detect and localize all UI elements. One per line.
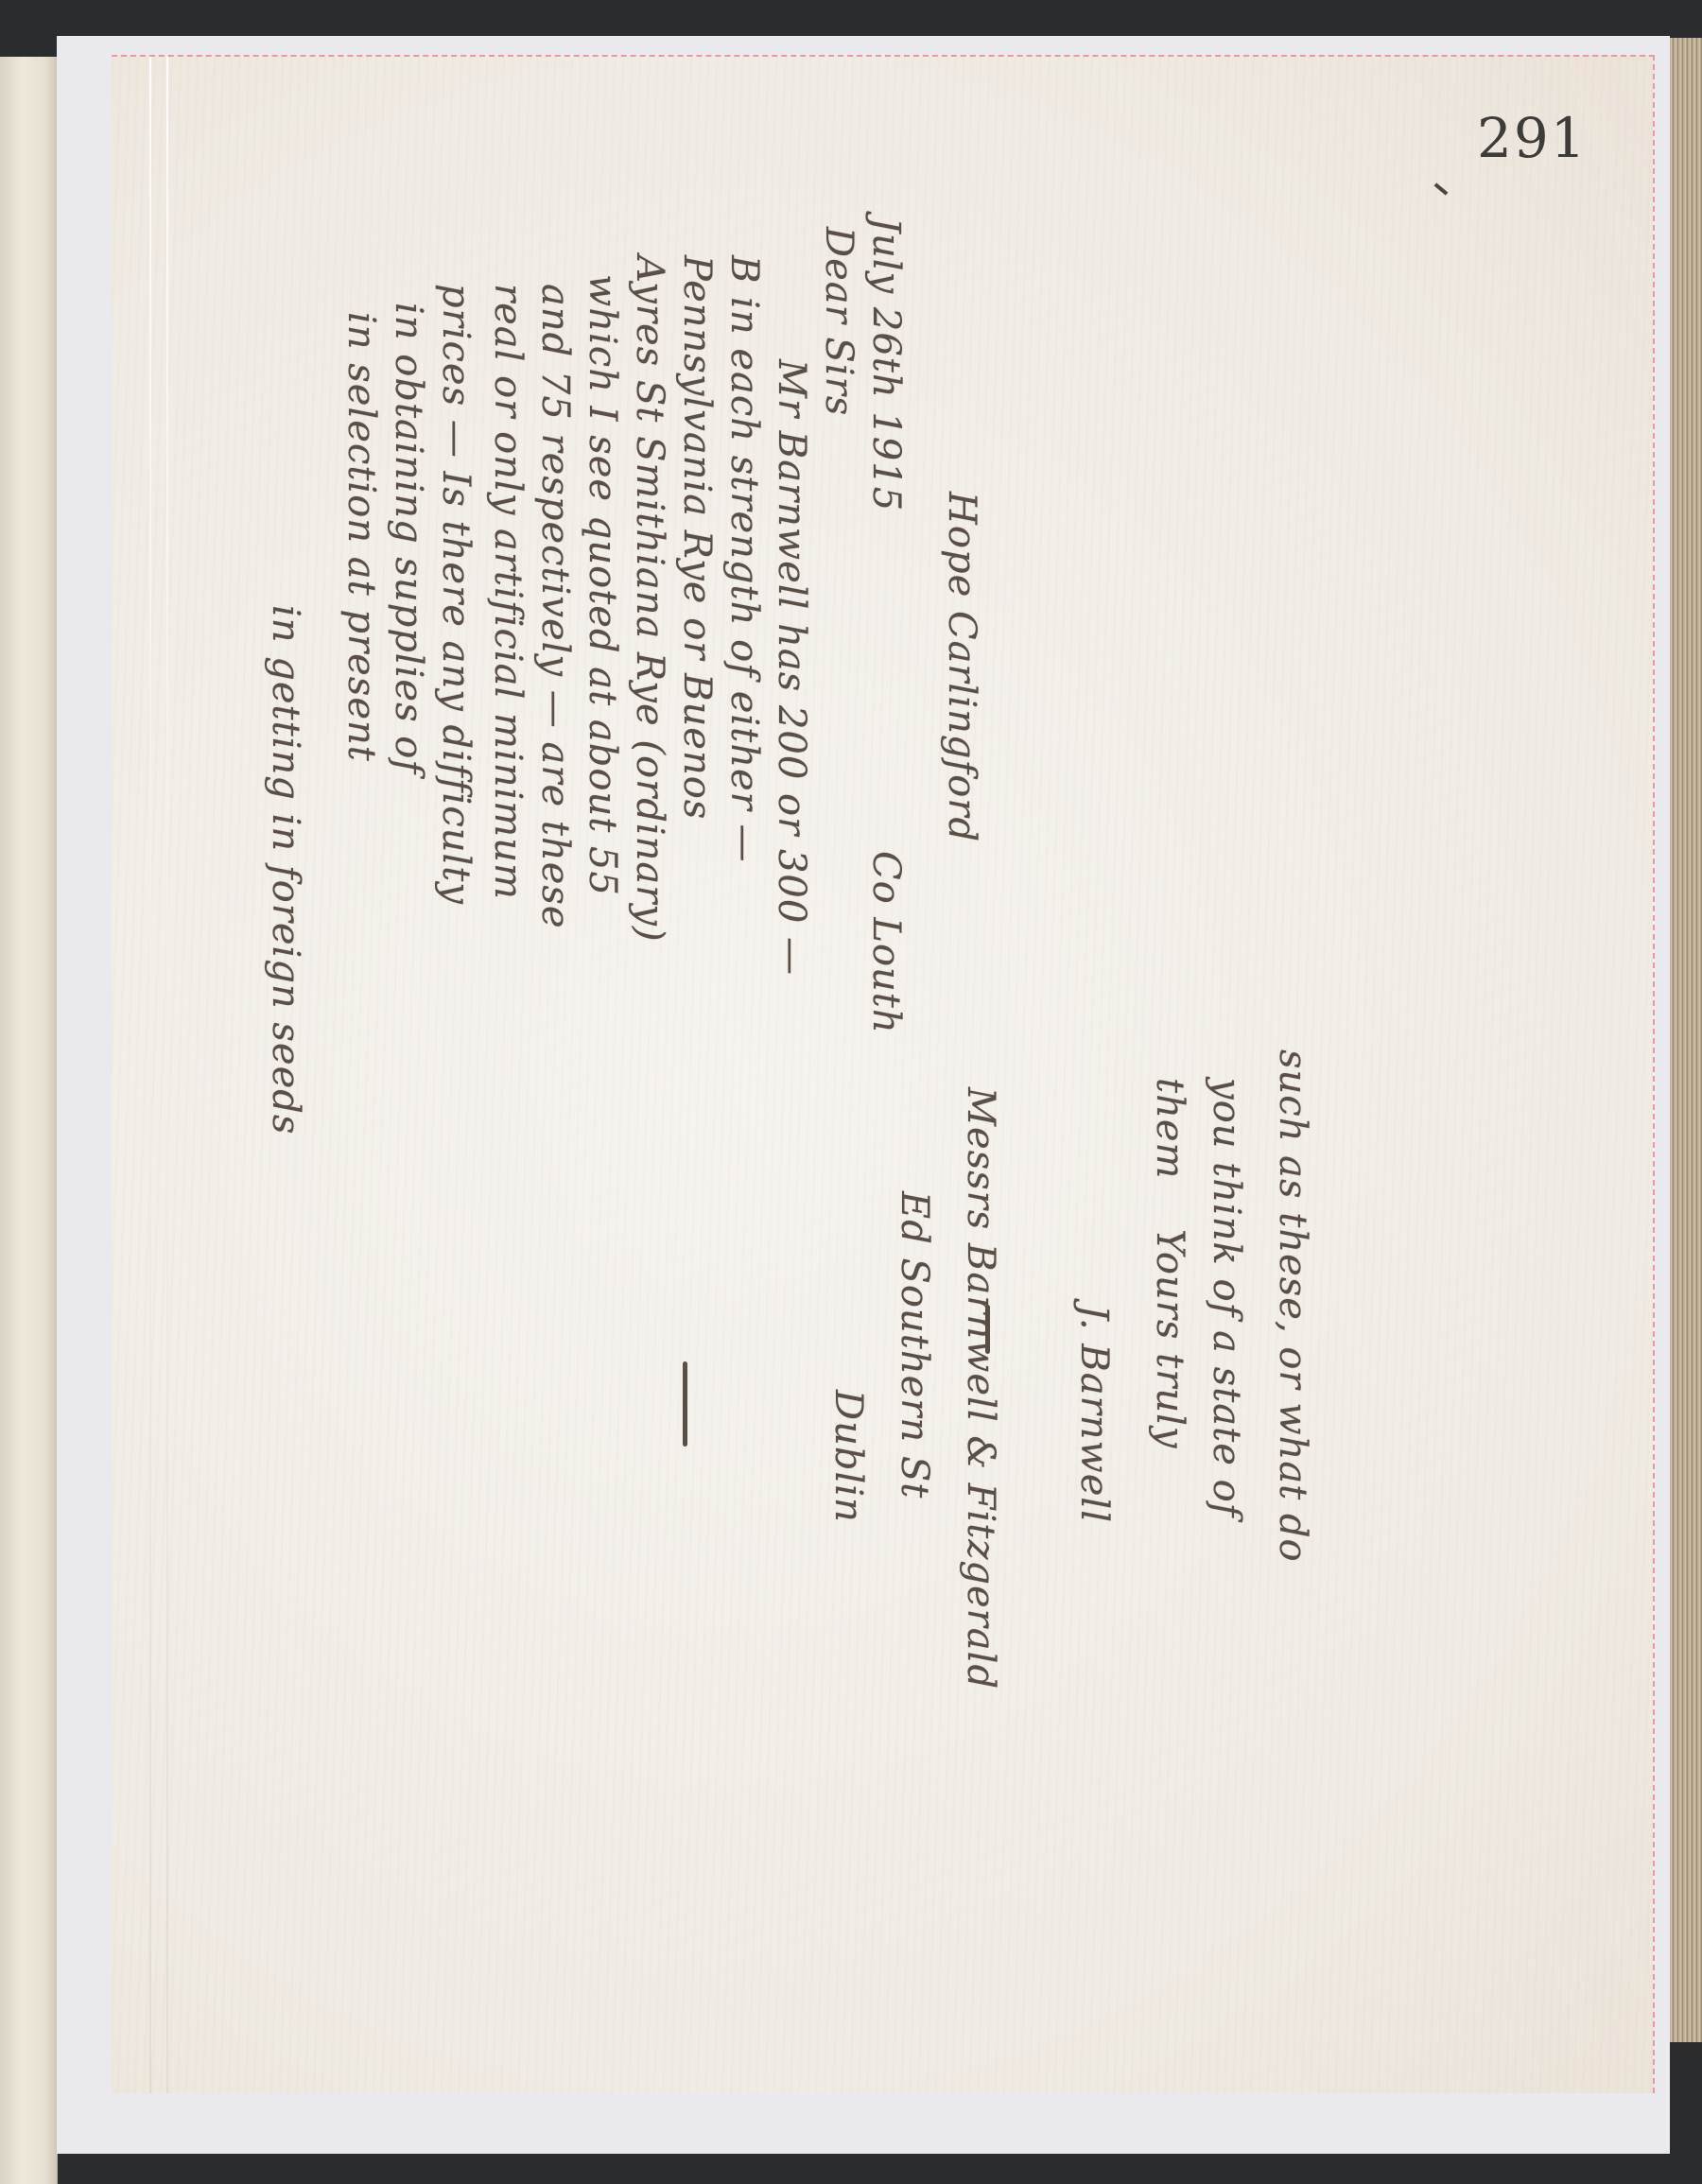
body-line: which I see quoted at about 55 (581, 274, 624, 896)
paper-crease (166, 57, 168, 2093)
recipient-city: Dublin (826, 1390, 870, 1523)
paper-crease (149, 57, 151, 2093)
right-page-stack (1670, 38, 1702, 2042)
body-line: in selection at present (339, 312, 383, 762)
dash-mark (683, 1361, 687, 1447)
body-line: B in each strength of either — (722, 255, 766, 863)
address-line-1: Hope Carlingford (940, 492, 983, 842)
address-line-2: Co Louth (864, 851, 908, 1034)
body-line: real or only artificial minimum (486, 284, 530, 900)
body-line: and 75 respectively — are these (533, 284, 577, 929)
body-line: in obtaining supplies of (387, 303, 430, 774)
body-line: prices — Is there any difficulty (434, 284, 478, 905)
body-line: in getting in foreign seeds (264, 605, 307, 1135)
continuation-line: you think of a state of (1205, 1078, 1248, 1517)
recipient-name: Messrs Barnwell & Fitzgerald (959, 1087, 1002, 1690)
body-line: Ayres St Smithiana Rye (ordinary) (628, 255, 671, 943)
body-line: Pennsylvania Rye or Buenos (675, 255, 719, 820)
continuation-line: them (1148, 1078, 1191, 1179)
left-page-edge (0, 57, 58, 2184)
page-number-stamp: 291 (1477, 106, 1588, 170)
body-line: Mr Barnwell has 200 or 300 — (770, 359, 813, 976)
signature: J. Barnwell (1072, 1305, 1116, 1523)
continuation-line: such as these, or what do (1271, 1049, 1314, 1563)
dash-mark (985, 1305, 990, 1354)
recipient-street: Ed Southern St (893, 1191, 936, 1499)
letter-date: July 26th 1915 (864, 217, 908, 511)
closing: Yours truly (1148, 1229, 1191, 1448)
salutation: Dear Sirs (817, 227, 860, 416)
